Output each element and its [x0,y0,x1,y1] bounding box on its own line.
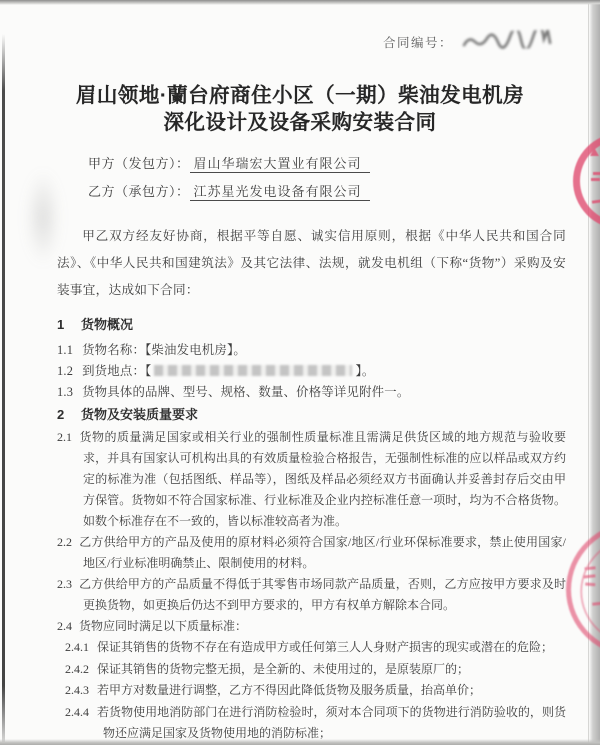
clause-2-3: 2.3乙方供给甲方的产品质量不得低于其零售市场同款产品质量，否则，乙方应按甲方要… [57,574,566,616]
section-2-number: 2 [57,403,81,427]
clause-2-4-1-text: 保证其销售的货物不存在有造成甲方或任何第三人人身财产损害的现实或潜在的危险； [97,640,553,654]
section-1-heading: 1货物概况 [57,312,566,338]
clause-2-4-3-number: 2.4.3 [65,683,89,697]
party-a-row: 甲方（发包方）：眉山华瑞宏大置业有限公司 [88,153,370,181]
contract-number-redacted [461,30,554,54]
clause-2-4-3: 2.4.3若甲方对数量进行调整，乙方不得因此降低货物及服务质量，抬高单价； [65,680,566,702]
clause-1-3-text: 货物具体的品牌、型号、规格、数量、价格等详见附件一。 [82,385,409,399]
clause-2-4-4-text: 若货物使用地消防部门在进行消防检验时，须对本合同项下的货物进行消防验收的，则货物… [97,705,566,741]
clause-2-4-2-number: 2.4.2 [65,662,89,676]
stamp-mark [590,148,599,156]
clause-2-3-text: 乙方供给甲方的产品质量不得低于其零售市场同款产品质量，否则，乙方应按甲方要求及时… [79,577,566,612]
contract-title-line1: 眉山领地·蘭台府商住小区（一期）柴油发电机房 [0,82,600,109]
clause-1-2-number: 1.2 [57,364,73,378]
clause-2-1: 2.1货物的质量满足国家或相关行业的强制性质量标准且需满足供货区域的地方规范与验… [57,427,566,532]
party-a-name: 眉山华瑞宏大置业有限公司 [190,156,370,173]
stamp-mark [593,172,600,175]
stamp-mark [592,199,600,203]
party-b-label: 乙方（承包方）： [88,184,190,199]
red-seal-stamp-top-icon [573,133,600,229]
party-b-name: 江苏星光发电设备有限公司 [190,184,370,201]
scan-edge-top [0,0,600,5]
clause-1-1-number: 1.1 [57,343,73,357]
clause-2-4-1-number: 2.4.1 [65,640,89,654]
contract-number-row: 合同编号： [383,31,553,53]
scan-edge-left [2,34,5,742]
clause-1-2-prefix: 到货地点：【 [82,364,151,378]
section-2-heading: 2货物及安装质量要求 [57,403,566,427]
clause-2-4-4-number: 2.4.4 [65,705,89,719]
scanned-contract-page: 合同编号： 眉山领地·蘭台府商住小区（一期）柴油发电机房 深化设计及设备采购安装… [0,0,600,745]
contract-number-label: 合同编号： [383,33,453,51]
clause-2-1-text: 货物的质量满足国家或相关行业的强制性质量标准且需满足供货区域的地方规范与验收要求… [79,430,566,528]
party-a-label: 甲方（发包方）： [88,156,190,171]
clause-1-3-number: 1.3 [57,385,73,399]
clause-2-1-number: 2.1 [57,430,72,444]
clause-2-2-text: 乙方供给甲方的产品及使用的原材料必须符合国家/地区/行业环保标准要求，禁止使用国… [79,535,566,570]
clause-2-4-2-text: 保证其销售的货物完整无损，是全新的、未使用过的，是原装原厂的； [97,662,469,676]
delivery-address-redacted [154,365,352,376]
section-2-title: 货物及安装质量要求 [81,407,198,422]
preamble-paragraph: 甲乙双方经友好协商，根据平等自愿、诚实信用原则，根据《中华人民共和国合同法》、《… [57,223,566,304]
contract-title-line2: 深化设计及设备采购安装合同 [0,109,600,136]
clause-1-1: 1.1货物名称：【柴油发电机房】。 [57,340,566,361]
clause-1-1-text: 货物名称：【柴油发电机房】。 [82,343,246,357]
party-b-row: 乙方（承包方）：江苏星光发电设备有限公司 [88,181,370,209]
clause-2-4-2: 2.4.2保证其销售的货物完整无损，是全新的、未使用过的，是原装原厂的； [65,659,566,681]
contract-body: 1货物概况 1.1货物名称：【柴油发电机房】。 1.2到货地点：【】。 1.3货… [57,312,566,745]
contract-title: 眉山领地·蘭台府商住小区（一期）柴油发电机房 深化设计及设备采购安装合同 [0,82,600,136]
clause-2-4-number: 2.4 [57,619,72,633]
stamp-mark [585,583,595,587]
clause-2-3-number: 2.3 [57,577,72,591]
clause-2-4-1: 2.4.1保证其销售的货物不存在有造成甲方或任何第三人人身财产损害的现实或潜在的… [65,637,566,659]
clause-1-3: 1.3货物具体的品牌、型号、规格、数量、价格等详见附件一。 [57,382,566,403]
clause-1-2: 1.2到货地点：【】。 [57,361,566,382]
clause-2-2-number: 2.2 [57,535,72,549]
clause-1-2-suffix: 】。 [355,364,374,378]
clause-2-2: 2.2乙方供给甲方的产品及使用的原材料必须符合国家/地区/行业环保标准要求，禁止… [57,532,566,574]
scan-edge-bottom [0,739,600,745]
stamp-inner-ring [575,530,600,652]
stamp-mark [591,178,600,181]
parties-block: 甲方（发包方）：眉山华瑞宏大置业有限公司 乙方（承包方）：江苏星光发电设备有限公… [88,153,370,209]
section-1-number: 1 [57,312,81,338]
clause-2-4-text: 货物应同时满足以下质量标准： [79,619,247,633]
clause-2-4: 2.4货物应同时满足以下质量标准： [57,616,566,637]
section-1-title: 货物概况 [81,317,133,332]
scan-smudge [26,170,60,265]
clause-2-4-3-text: 若甲方对数量进行调整，乙方不得因此降低货物及服务质量，抬高单价； [97,683,481,697]
